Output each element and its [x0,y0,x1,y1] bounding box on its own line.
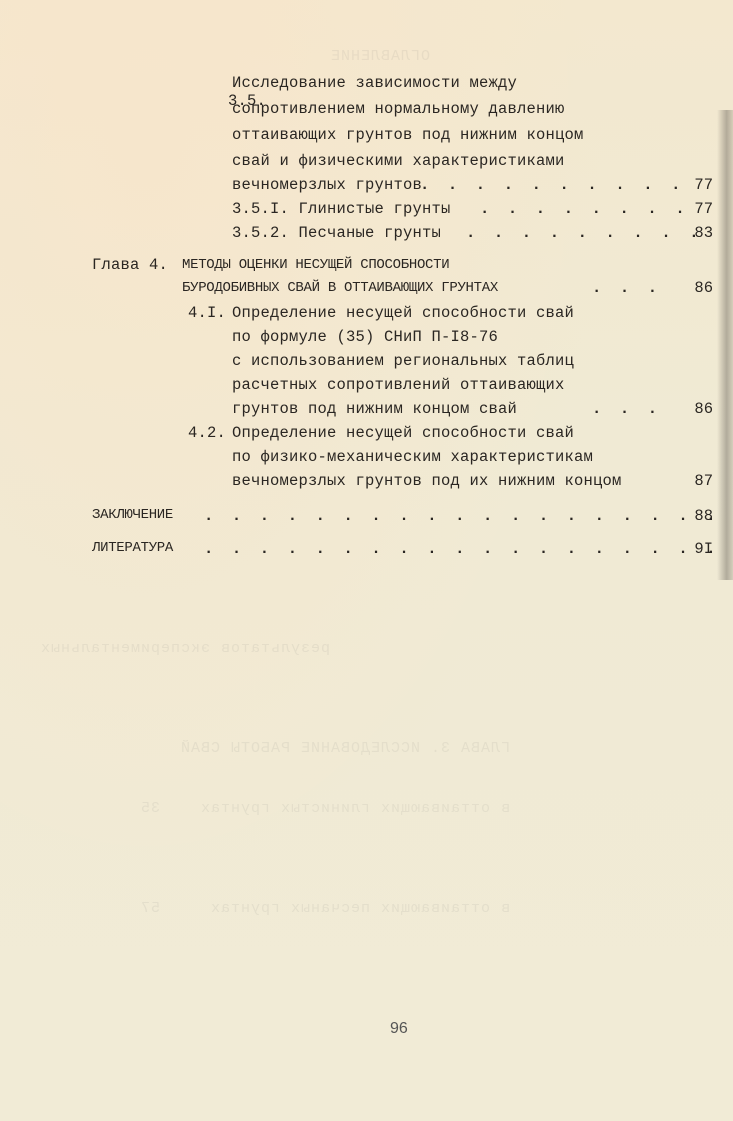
page-ref: 87 [673,472,713,490]
page-ref: 86 [673,400,713,418]
chapter-title-line: МЕТОДЫ ОЦЕНКИ НЕСУЩЕЙ СПОСОБНОСТИ [182,257,449,273]
toc-line: расчетных сопротивлений оттаивающих [232,376,565,394]
chapter-label: Глава 4. [92,256,168,274]
leader-dots: . . . [592,279,657,297]
scanned-page: ОГЛАВЛЕНИЕ результатов экспериментальных… [0,0,733,1121]
toc-line: Определение несущей способности свай [232,304,574,322]
bleed-through-text: в оттаивающих глинистых грунтах 35 [140,800,510,817]
toc-line: грунтов под нижним концом свай [232,400,517,418]
toc-line: свай и физическими характеристиками [232,152,565,170]
toc-line: вечномерзлых грунтов под их нижним концо… [232,472,622,490]
page-ref: 83 [673,224,713,242]
toc-line: Определение несущей способности свай [232,424,574,442]
section-number: 4.I. [188,304,226,322]
page-ref: 77 [673,200,713,218]
leader-dots: . . . . . . . . [480,200,685,218]
toc-line: вечномерзлых грунтов [232,176,422,194]
bleed-through-text: результатов экспериментальных [40,640,330,657]
toc-line: оттаивающих грунтов под нижним концом [232,126,584,144]
bleed-through-text: в оттаивающих песчаных грунтах 57 [140,900,510,917]
page-ref: 9I [673,540,713,558]
toc-entry-conclusion: ЗАКЛЮЧЕНИЕ [92,507,173,523]
toc-line: Исследование зависимости между [232,74,517,92]
toc-entry-3-5-2: 3.5.2. Песчаные грунты [232,224,441,242]
leader-dots: . . . . . . . . . [466,224,699,242]
leader-dots: . . . . . . . . . . . . . . . . . . . . … [204,540,733,558]
toc-line: с использованием региональных таблиц [232,352,574,370]
page-ref: 86 [673,279,713,297]
toc-line: по формуле (35) СНиП П-I8-76 [232,328,498,346]
section-number: 4.2. [188,424,226,442]
bleed-through-text: ОГЛАВЛЕНИЕ [330,48,430,65]
toc-entry-literature: ЛИТЕРАТУРА [92,540,173,556]
page-ref: 77 [673,176,713,194]
toc-line: по физико-механическим характеристикам [232,448,593,466]
leader-dots: . . . . . . . . . . [420,176,680,194]
toc-line: сопротивлением нормальному давлению [232,100,565,118]
page-number: 96 [390,1020,408,1038]
toc-entry-3-5-1: 3.5.I. Глинистые грунты [232,200,451,218]
bleed-through-text: ГЛАВА 3. ИССЛЕДОВАНИЕ РАБОТЫ СВАЙ [180,740,510,757]
leader-dots: . . . . . . . . . . . . . . . . . . . . … [204,507,733,525]
leader-dots: . . . [592,400,657,418]
page-ref: 88 [673,507,713,525]
chapter-title-line: БУРОДОБИВНЫХ СВАЙ В ОТТАИВАЮЩИХ ГРУНТАХ [182,280,498,296]
